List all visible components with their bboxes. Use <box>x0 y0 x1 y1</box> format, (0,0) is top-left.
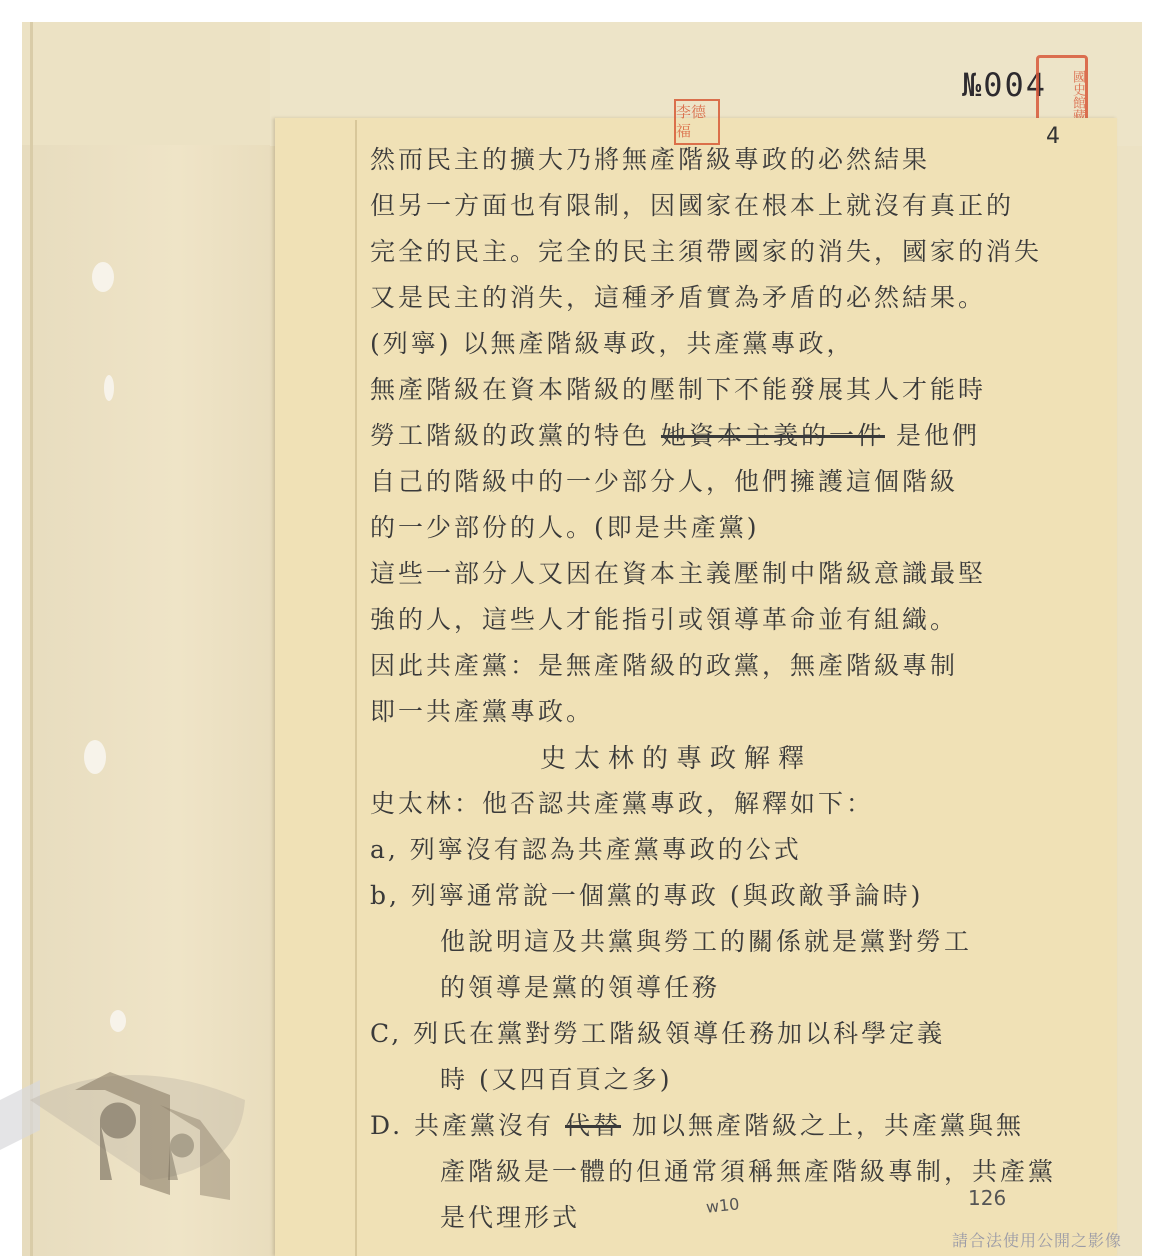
footer-page-number: 126 <box>968 1186 1006 1210</box>
paper-damage-spot <box>110 1010 126 1032</box>
paper-damage-spot <box>84 740 106 774</box>
struck-text: 代替 <box>565 1111 621 1140</box>
text-line: 的領導是黨的領導任務 <box>440 968 720 1004</box>
struck-text: 她資本主義的一件 <box>661 421 885 450</box>
personal-seal-icon: 李德福 <box>674 99 720 145</box>
section-heading: 史太林的專政解釋 <box>540 738 812 775</box>
footer-pencil-note: w10 <box>705 1194 740 1216</box>
text-line: 這些一部分人又因在資本主義壓制中階級意識最堅 <box>370 554 986 590</box>
page-number-mark: 4 <box>1046 124 1060 149</box>
text-line: 他說明這及共黨與勞工的關係就是黨對勞工 <box>440 922 972 958</box>
margin-line <box>355 120 357 1256</box>
text-line: 自己的階級中的一少部分人，他們擁護這個階級 <box>370 462 958 498</box>
text-line: 史太林：他否認共產黨專政，解釋如下： <box>370 784 874 820</box>
list-item-b: b, 列寧通常說一個黨的專政 (與政敵爭論時) <box>370 876 923 912</box>
list-item-c: C, 列氏在黨對勞工階級領導任務加以科學定義 <box>370 1014 945 1050</box>
text-line: 因此共產黨：是無產階級的政黨，無產階級專制 <box>370 646 958 682</box>
serial-number: №004 <box>962 66 1047 104</box>
text-line: (列寧) 以無產階級專政，共產黨專政， <box>370 324 854 360</box>
paper-damage-spot <box>92 262 114 292</box>
list-item-d: D. 共產黨沒有 代替 加以無產階級之上，共產黨與無 <box>370 1106 1024 1142</box>
list-item-a: a, 列寧沒有認為共產黨專政的公式 <box>370 830 802 866</box>
text-line: 強的人，這些人才能指引或領導革命並有組織。 <box>370 600 958 636</box>
archive-logo-icon <box>0 1060 250 1210</box>
text-fragment: 加以無產階級之上，共產黨與無 <box>632 1111 1024 1140</box>
text-fragment: D. 共產黨沒有 <box>370 1111 554 1140</box>
text-line: 完全的民主。完全的民主須帶國家的消失，國家的消失 <box>370 232 1042 268</box>
text-fragment: 是他們 <box>896 421 980 450</box>
text-line: 的一少部份的人。(即是共產黨) <box>370 508 760 544</box>
text-fragment: 勞工階級的政黨的特色 <box>370 421 650 450</box>
text-line: 時 (又四百頁之多) <box>440 1060 672 1096</box>
usage-watermark: 請合法使用公開之影像 <box>952 1228 1122 1251</box>
text-line: 產階級是一體的但通常須稱無產階級專制，共產黨 <box>440 1152 1056 1188</box>
text-line: 但另一方面也有限制，因國家在根本上就沒有真正的 <box>370 186 1014 222</box>
text-line: 是代理形式 <box>440 1198 580 1234</box>
text-line: 然而民主的擴大乃將無產階級專政的必然結果 <box>370 140 930 176</box>
text-line: 無產階級在資本階級的壓制下不能發展其人才能時 <box>370 370 986 406</box>
text-line: 即一共產黨專政。 <box>370 692 594 728</box>
text-line: 勞工階級的政黨的特色 她資本主義的一件 是他們 <box>370 416 980 452</box>
paper-damage-spot <box>104 375 114 401</box>
text-line: 又是民主的消失，這種矛盾實為矛盾的必然結果。 <box>370 278 986 314</box>
